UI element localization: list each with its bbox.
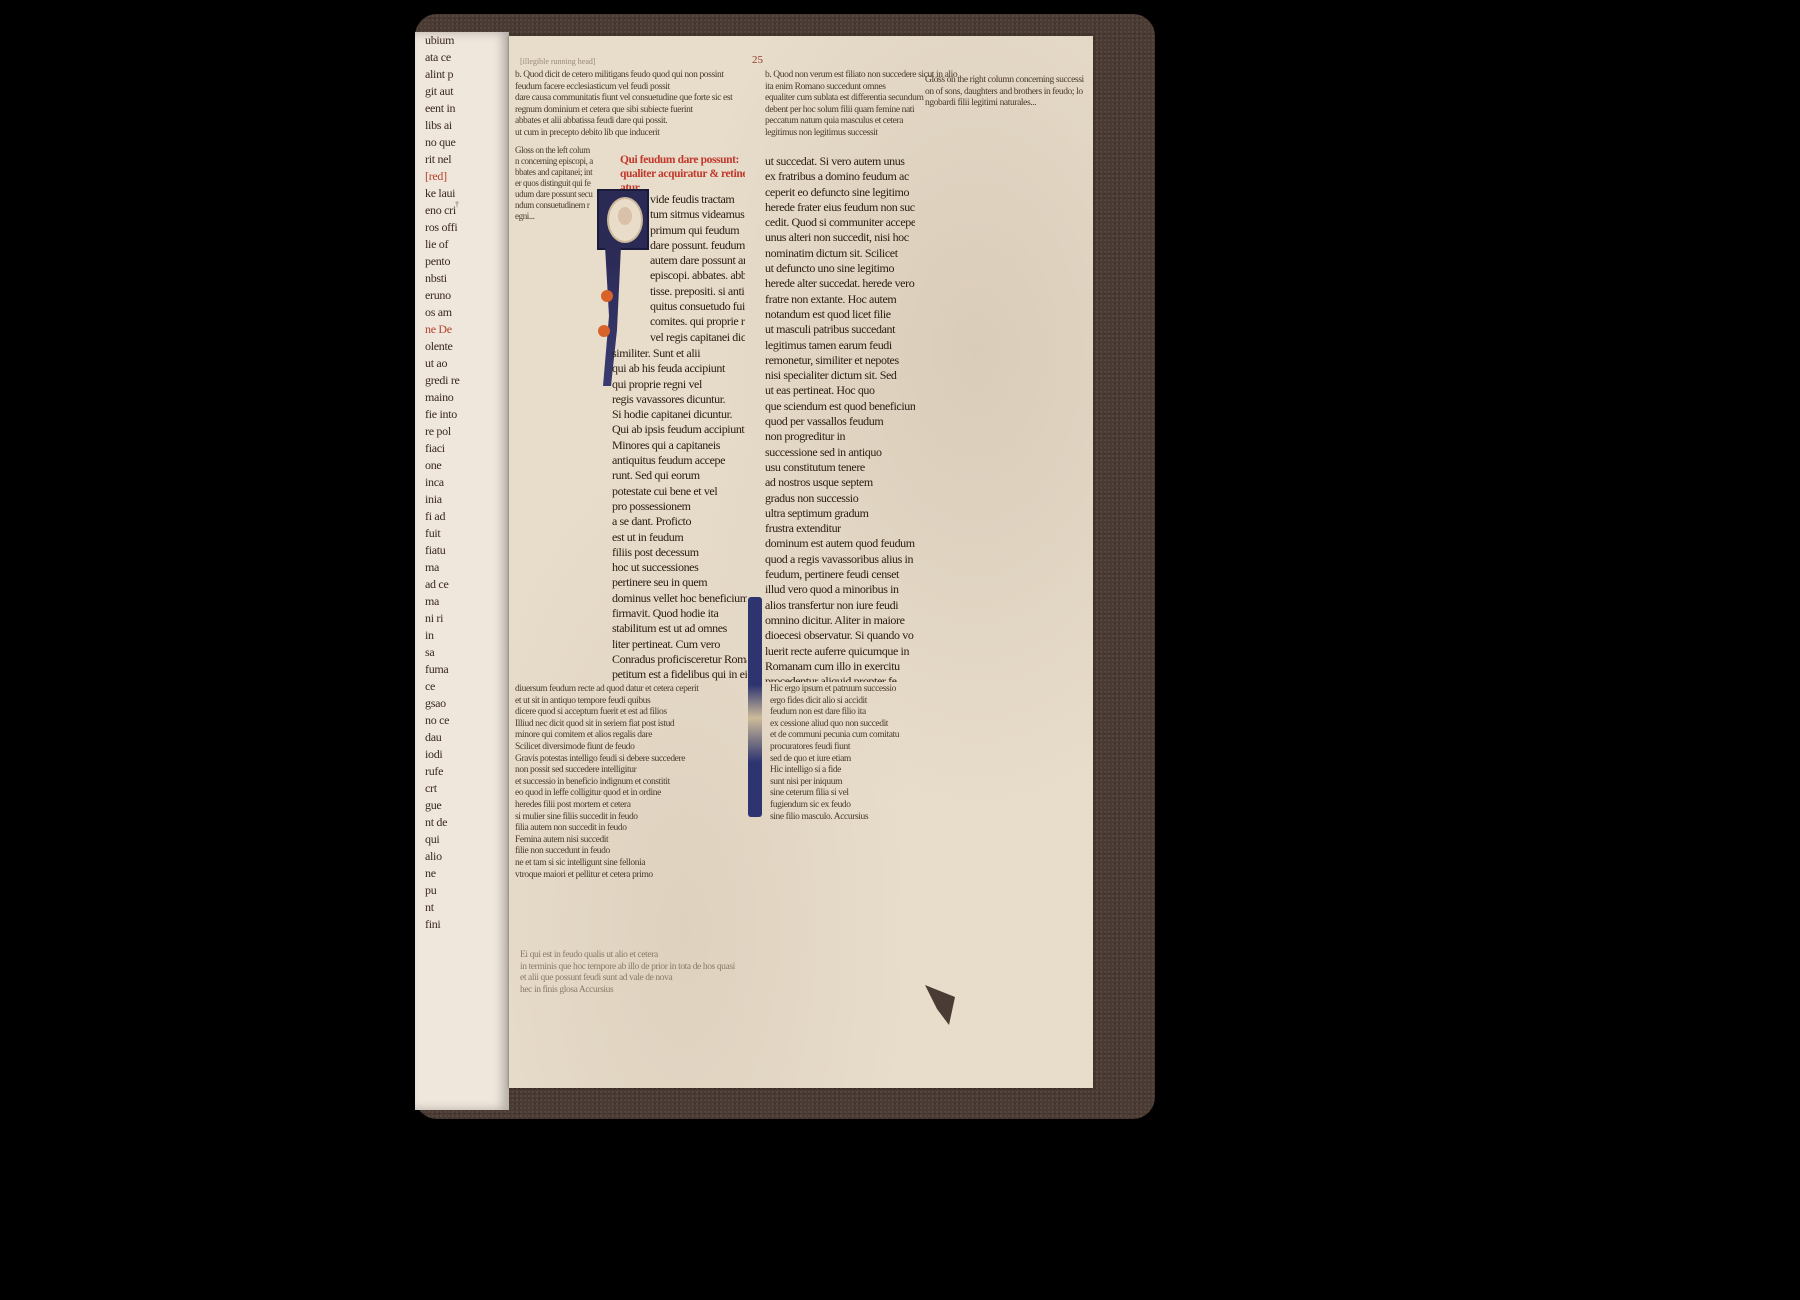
- text-line: quod a regis vavassoribus alius in: [765, 552, 915, 567]
- strip-text-line: no ce: [415, 712, 509, 729]
- text-line: sunt nisi per iniquum: [770, 777, 1085, 789]
- text-line: ceperit eo defuncto sine legitimo: [765, 185, 915, 200]
- text-line: luerit recte auferre quicumque in: [765, 644, 915, 659]
- gloss-left-margin: Gloss on the left column concerning epis…: [515, 145, 593, 675]
- text-line: ut eas pertineat. Hoc quo: [765, 383, 915, 398]
- text-line: ne et tam si sic intelligunt sine fellon…: [515, 858, 743, 870]
- text-line: fugiendum sic ex feudo: [770, 800, 1085, 812]
- text-line: fratre non extante. Hoc autem: [765, 292, 915, 307]
- text-line: est ut in feudum: [612, 530, 747, 545]
- text-line: ergo fides dicit alio si accidit: [770, 696, 1085, 708]
- text-line: dare possunt. feudum: [650, 238, 745, 253]
- strip-text-line: crt: [415, 780, 509, 797]
- strip-text-line: fini: [415, 916, 509, 933]
- text-line: petitum est a fidelibus qui in eius: [612, 667, 747, 681]
- strip-text-line: eent in: [415, 100, 509, 117]
- gloss-left-margin-text: Gloss on the left column concerning epis…: [515, 145, 593, 222]
- text-line: que sciendum est quod beneficium: [765, 399, 915, 414]
- text-column-left: similiter. Sunt et aliiqui ab his feuda …: [612, 346, 747, 681]
- strip-text-line: ke laui: [415, 185, 509, 202]
- text-line: Romanam cum illo in exercitu: [765, 659, 915, 674]
- strip-text-line: iodi: [415, 746, 509, 763]
- text-line: ut masculi patribus succedant: [765, 322, 915, 337]
- text-line: usu constitutum tenere: [765, 460, 915, 475]
- text-line: omnino dicitur. Aliter in maiore: [765, 613, 915, 628]
- strip-text-line: ne: [415, 865, 509, 882]
- text-line: vide feudis tractam: [650, 192, 745, 207]
- strip-text-line: eno cri: [415, 202, 509, 219]
- text-line: quitus consuetudo fuit: [650, 299, 745, 314]
- strip-text-line: fie into: [415, 406, 509, 423]
- text-line: Conradus proficisceretur Romam: [612, 652, 747, 667]
- strip-text-line: fuma: [415, 661, 509, 678]
- text-line: herede frater eius feudum non suc: [765, 200, 915, 215]
- text-line: herede alter succedat. herede vero: [765, 276, 915, 291]
- text-line: ut succedat. Si vero autem unus: [765, 154, 915, 169]
- text-line: sine filio masculo. Accursius: [770, 812, 1085, 824]
- text-line: qui proprie regni vel: [612, 377, 747, 392]
- strip-text-line: git aut: [415, 83, 509, 100]
- text-line: abbates et alii abbatissa feudi dare qui…: [515, 116, 745, 128]
- strip-text-line: rit nel: [415, 151, 509, 168]
- text-line: dicere quod si acceptum fuerit et est ad…: [515, 707, 743, 719]
- text-line: procedentur aliquid propter fe: [765, 674, 915, 682]
- text-line: Scilicet diversimode fiunt de feudo: [515, 742, 743, 754]
- strip-text-line: fi ad: [415, 508, 509, 525]
- text-line: vel regis capitanei dicuntur: [650, 330, 745, 345]
- text-line: a se dant. Proficto: [612, 514, 747, 529]
- strip-text-line: one: [415, 457, 509, 474]
- text-line: unus alteri non succedit, nisi hoc: [765, 230, 915, 245]
- strip-text-line: nt de: [415, 814, 509, 831]
- text-line: diuersum feudum recte ad quod datur et c…: [515, 684, 743, 696]
- illuminated-initial-q: [597, 189, 649, 250]
- text-line: cedit. Quod si communiter acceperit: [765, 215, 915, 230]
- strip-text-line: nt: [415, 899, 509, 916]
- strip-text-line: sa: [415, 644, 509, 661]
- text-line: non possit sed succedere intelligitur: [515, 765, 743, 777]
- text-line: et alii que possunt feudi sunt ad vale d…: [520, 973, 1080, 985]
- text-line: nominatim dictum sit. Scilicet: [765, 246, 915, 261]
- text-line: comites. qui proprie regni: [650, 314, 745, 329]
- text-line: stabilitum est ut ad omnes: [612, 621, 747, 636]
- text-line: filia autem non succedit in feudo: [515, 823, 743, 835]
- text-line: et successio in beneficio indignum et co…: [515, 777, 743, 789]
- text-column-left-indented: vide feudis tractamtum sitmus videamuspr…: [650, 192, 745, 347]
- text-line: illud vero quod a minoribus in: [765, 582, 915, 597]
- gloss-footer: Ei qui est in feudo qualis ut alio et ce…: [520, 950, 1080, 1000]
- text-line: successione sed in antiquo: [765, 445, 915, 460]
- text-line: procuratores feudi fiunt: [770, 742, 1085, 754]
- text-line: et de communi pecunia cum comitatu: [770, 730, 1085, 742]
- strip-text-line: ce: [415, 678, 509, 695]
- text-line: pro possessionem: [612, 499, 747, 514]
- strip-text-line: gsao: [415, 695, 509, 712]
- text-column-right: ut succedat. Si vero autem unusex fratri…: [765, 154, 915, 682]
- initial-orange-boss: [601, 290, 613, 302]
- text-line: dare causa communitatis fiunt vel consue…: [515, 93, 745, 105]
- strip-text-line: ubium: [415, 32, 509, 49]
- gloss-top-left: b. Quod dicit de cetero militigans feudo…: [515, 70, 745, 142]
- text-line: ultra septimum gradum: [765, 506, 915, 521]
- strip-text-line: inia: [415, 491, 509, 508]
- gloss-right-margin: Gloss on the right column concerning suc…: [925, 75, 1085, 695]
- text-line: ut cum in precepto debito lib que induce…: [515, 128, 745, 140]
- text-line: Hic ergo ipsum et patruum successio: [770, 684, 1085, 696]
- text-line: autem dare possunt arche: [650, 253, 745, 268]
- strip-text-line: lie of: [415, 236, 509, 253]
- text-line: gradus non successio: [765, 491, 915, 506]
- gloss-right-margin-text: Gloss on the right column concerning suc…: [925, 75, 1085, 110]
- text-line: sine ceterum filia si vel: [770, 788, 1085, 800]
- text-line: hoc ut successiones: [612, 560, 747, 575]
- strip-text-line: fuit: [415, 525, 509, 542]
- text-line: legitimus tamen earum feudi: [765, 338, 915, 353]
- text-line: pertinere seu in quem: [612, 575, 747, 590]
- illuminated-initial-h: [748, 597, 762, 817]
- text-line: minore qui comitem et alios regalis dare: [515, 730, 743, 742]
- strip-text-line: gredi re: [415, 372, 509, 389]
- text-line: Qui feudum dare possunt:: [620, 153, 745, 167]
- strip-text-line: ne De: [415, 321, 509, 338]
- text-line: primum qui feudum: [650, 223, 745, 238]
- text-line: Hic intelligo si a fide: [770, 765, 1085, 777]
- text-line: in terminis que hoc tempore ab illo de p…: [520, 962, 1080, 974]
- strip-text-line: ma: [415, 559, 509, 576]
- text-line: Minores qui a capitaneis: [612, 438, 747, 453]
- text-line: sed de quo et iure etiam: [770, 754, 1085, 766]
- strip-text-line: qui: [415, 831, 509, 848]
- text-line: filie non succedunt in feudo: [515, 846, 743, 858]
- text-line: tum sitmus videamus: [650, 207, 745, 222]
- text-line: tisse. prepositi. si anti: [650, 284, 745, 299]
- strip-text-line: libs ai: [415, 117, 509, 134]
- strip-text-line: dau: [415, 729, 509, 746]
- strip-text-line: eruno: [415, 287, 509, 304]
- text-line: dioecesi observatur. Si quando vo: [765, 628, 915, 643]
- text-line: regis vavassores dicuntur.: [612, 392, 747, 407]
- strip-text-line: os am: [415, 304, 509, 321]
- strip-text-line: [red]: [415, 168, 509, 185]
- text-line: similiter. Sunt et alii: [612, 346, 747, 361]
- strip-text-line: nbsti: [415, 270, 509, 287]
- strip-text-line: ma: [415, 593, 509, 610]
- strip-text-line: rufe: [415, 763, 509, 780]
- strip-text-line: ad ce: [415, 576, 509, 593]
- text-line: frustra extenditur: [765, 521, 915, 536]
- text-line: eo quod in leffe colligitur quod et in o…: [515, 788, 743, 800]
- text-line: feudum, pertinere feudi censet: [765, 567, 915, 582]
- folio-number: 25: [752, 54, 763, 66]
- text-line: Femina autem nisi succedit: [515, 835, 743, 847]
- text-line: ut defuncto uno sine legitimo: [765, 261, 915, 276]
- strip-text-line: alio: [415, 848, 509, 865]
- strip-text-line: fiatu: [415, 542, 509, 559]
- strip-text-line: maino: [415, 389, 509, 406]
- strip-text-line: no que: [415, 134, 509, 151]
- strip-text-line: alint p: [415, 66, 509, 83]
- text-line: hec in finis glosa Accursius: [520, 985, 1080, 997]
- text-line: runt. Sed qui eorum: [612, 468, 747, 483]
- text-line: feudum non est dare filio ita: [770, 707, 1085, 719]
- text-line: Ei qui est in feudo qualis ut alio et ce…: [520, 950, 1080, 962]
- text-line: si mulier sine filiis succedit in feudo: [515, 812, 743, 824]
- strip-text-line: olente: [415, 338, 509, 355]
- text-line: ex cessione aliud quo non succedit: [770, 719, 1085, 731]
- strip-text-line: in: [415, 627, 509, 644]
- text-line: non progreditur in: [765, 429, 915, 444]
- initial-orange-boss-lower: [598, 325, 610, 337]
- strip-text-line: ut ao: [415, 355, 509, 372]
- strip-text-line: fiaci: [415, 440, 509, 457]
- strip-text-line: inca: [415, 474, 509, 491]
- strip-text-line: ata ce: [415, 49, 509, 66]
- text-line: qualiter acquiratur & retine: [620, 167, 745, 181]
- text-line: dominum est autem quod feudum ali: [765, 536, 915, 551]
- running-head: [illegible running head]: [520, 57, 596, 66]
- gloss-bottom-left: diuersum feudum recte ad quod datur et c…: [515, 684, 743, 949]
- text-line: vtroque maiori et pellitur et cetera pri…: [515, 870, 743, 882]
- text-line: episcopi. abbates. abba: [650, 268, 745, 283]
- text-line: antiquitus feudum accepe: [612, 453, 747, 468]
- text-line: remonetur, similiter et nepotes: [765, 353, 915, 368]
- text-line: quod per vassallos feudum: [765, 414, 915, 429]
- gloss-bottom-right: Hic ergo ipsum et patruum successioergo …: [770, 684, 1085, 949]
- marginal-note-strip: †: [455, 200, 459, 209]
- text-line: ad nostros usque septem: [765, 475, 915, 490]
- text-line: nisi specialiter dictum sit. Sed: [765, 368, 915, 383]
- strip-text-line: pento: [415, 253, 509, 270]
- strip-text-line: ni ri: [415, 610, 509, 627]
- text-line: filiis post decessum: [612, 545, 747, 560]
- text-line: liter pertineat. Cum vero: [612, 637, 747, 652]
- text-line: regnum dominium et cetera que sibi subie…: [515, 105, 745, 117]
- text-line: b. Quod dicit de cetero militigans feudo…: [515, 70, 745, 82]
- strip-text-line: pu: [415, 882, 509, 899]
- text-line: dominus vellet hoc beneficium: [612, 591, 747, 606]
- strip-text-line: re pol: [415, 423, 509, 440]
- text-line: heredes filii post mortem et cetera: [515, 800, 743, 812]
- strip-text-line: gue: [415, 797, 509, 814]
- text-line: notandum est quod licet filie: [765, 307, 915, 322]
- text-line: qui ab his feuda accipiunt: [612, 361, 747, 376]
- text-line: ex fratribus a domino feudum ac: [765, 169, 915, 184]
- text-line: Qui ab ipsis feudum accipiunt: [612, 422, 747, 437]
- text-line: Gravis potestas intelligo feudi si deber…: [515, 754, 743, 766]
- text-line: alios transfertur non iure feudi: [765, 598, 915, 613]
- text-line: Illiud nec dicit quod sit in seriem fiat…: [515, 719, 743, 731]
- folded-left-strip: ubiumata cealint pgit auteent inlibs ain…: [415, 32, 509, 1110]
- strip-text-line: ros offi: [415, 219, 509, 236]
- text-line: et ut sit in antiquo tempore feudi quibu…: [515, 696, 743, 708]
- text-line: feudum facere ecclesiasticum vel feudi p…: [515, 82, 745, 94]
- portrait-medallion: [607, 197, 643, 243]
- text-line: firmavit. Quod hodie ita: [612, 606, 747, 621]
- text-line: Si hodie capitanei dicuntur.: [612, 407, 747, 422]
- text-line: potestate cui bene et vel: [612, 484, 747, 499]
